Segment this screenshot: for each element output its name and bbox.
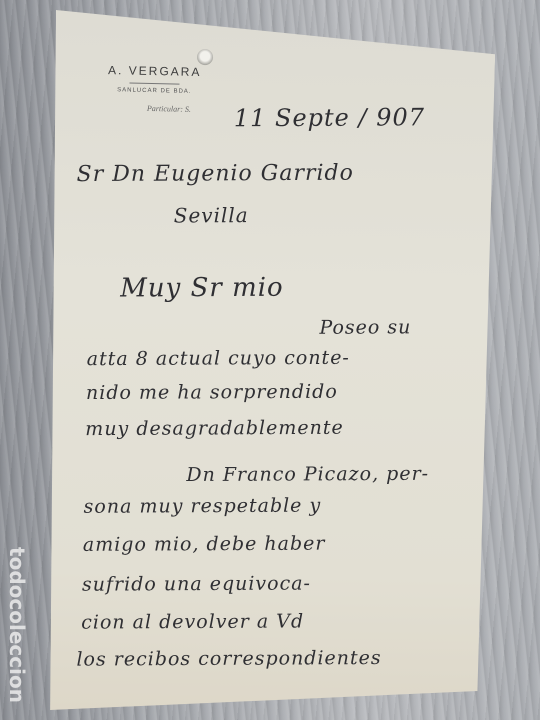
letterhead-name: A. VERGARA xyxy=(85,63,225,80)
letter-date: 11 Septe / 907 xyxy=(234,103,425,132)
letter-paper: A. VERGARA SANLUCAR DE BDA. Particular: … xyxy=(41,10,496,719)
body-line: cion al devolver a Vd xyxy=(81,610,304,633)
body-line: amigo mio, debe haber xyxy=(83,533,326,556)
body-line: los recibos correspondientes xyxy=(76,647,381,671)
body-line: sona muy respetable y xyxy=(84,495,322,518)
body-line: Poseo su xyxy=(319,316,411,338)
body-line: sufrido una equivoca- xyxy=(82,572,311,595)
body-line: atta 8 actual cuyo conte- xyxy=(87,347,350,370)
salutation: Muy Sr mio xyxy=(120,273,284,304)
body-line: muy desagradablemente xyxy=(85,417,344,440)
letterhead-particular: Particular: S. xyxy=(84,103,224,115)
letterhead-divider xyxy=(129,83,179,85)
watermark: todocoleccion xyxy=(2,540,32,710)
addressee-city: Sevilla xyxy=(174,203,249,227)
body-line: Dn Franco Picazo, per- xyxy=(186,463,429,486)
body-line: nido me ha sorprendido xyxy=(86,381,338,404)
letterhead-town: SANLUCAR DE BDA. xyxy=(84,87,224,96)
letterhead: A. VERGARA SANLUCAR DE BDA. Particular: … xyxy=(84,63,225,115)
watermark-text: todocoleccion xyxy=(5,547,29,703)
punch-hole xyxy=(197,49,213,65)
addressee-name: Sr Dn Eugenio Garrido xyxy=(77,161,354,187)
